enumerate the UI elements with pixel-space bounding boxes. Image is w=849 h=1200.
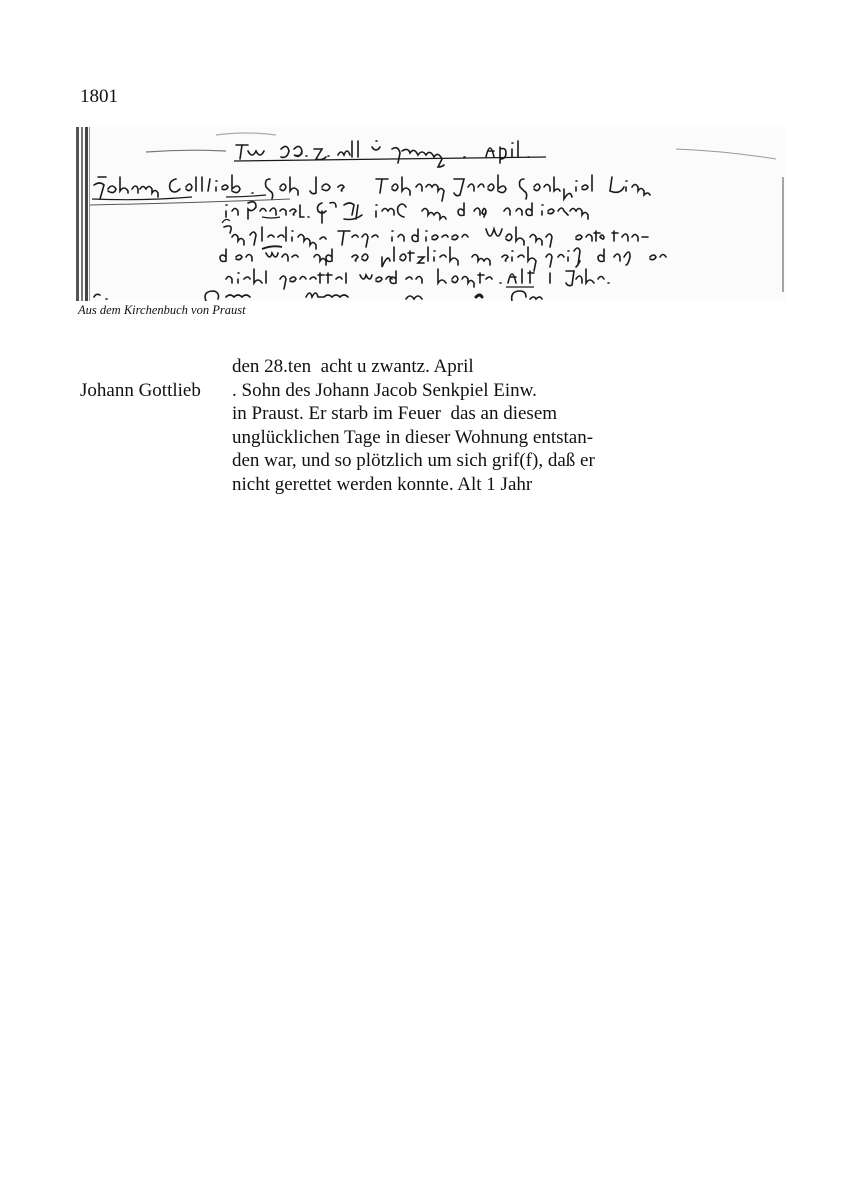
transcription-line: nicht gerettet werden konnte. Alt 1 Jahr (232, 473, 532, 497)
transcription-line: in Praust. Er starb im Feuer das an dies… (232, 402, 557, 426)
scan-caption: Aus dem Kirchenbuch von Praust (78, 303, 246, 318)
transcription-row: den 28.ten acht u zwantz. April (80, 355, 595, 379)
transcription-block: den 28.ten acht u zwantz. April Johann G… (80, 355, 595, 496)
transcription-line: . Sohn des Johann Jacob Senkpiel Einw. (232, 379, 537, 403)
transcription-row: unglücklichen Tage in dieser Wohnung ent… (80, 426, 595, 450)
margin-name-empty (80, 402, 232, 426)
transcription-row: in Praust. Er starb im Feuer das an dies… (80, 402, 595, 426)
year-heading: 1801 (80, 86, 118, 108)
margin-name: Johann Gottlieb (80, 379, 232, 403)
margin-name-empty (80, 473, 232, 497)
transcription-line: unglücklichen Tage in dieser Wohnung ent… (232, 426, 593, 450)
transcription-line: den 28.ten acht u zwantz. April (232, 355, 474, 379)
margin-name-empty (80, 355, 232, 379)
church-register-scan-image (76, 127, 786, 301)
transcription-row: Johann Gottlieb . Sohn des Johann Jacob … (80, 379, 595, 403)
transcription-row: den war, und so plötzlich um sich grif(f… (80, 449, 595, 473)
transcription-row: nicht gerettet werden konnte. Alt 1 Jahr (80, 473, 595, 497)
margin-name-empty (80, 449, 232, 473)
margin-name-empty (80, 426, 232, 450)
transcription-line: den war, und so plötzlich um sich grif(f… (232, 449, 595, 473)
handwriting-scan-graphic (76, 127, 786, 301)
